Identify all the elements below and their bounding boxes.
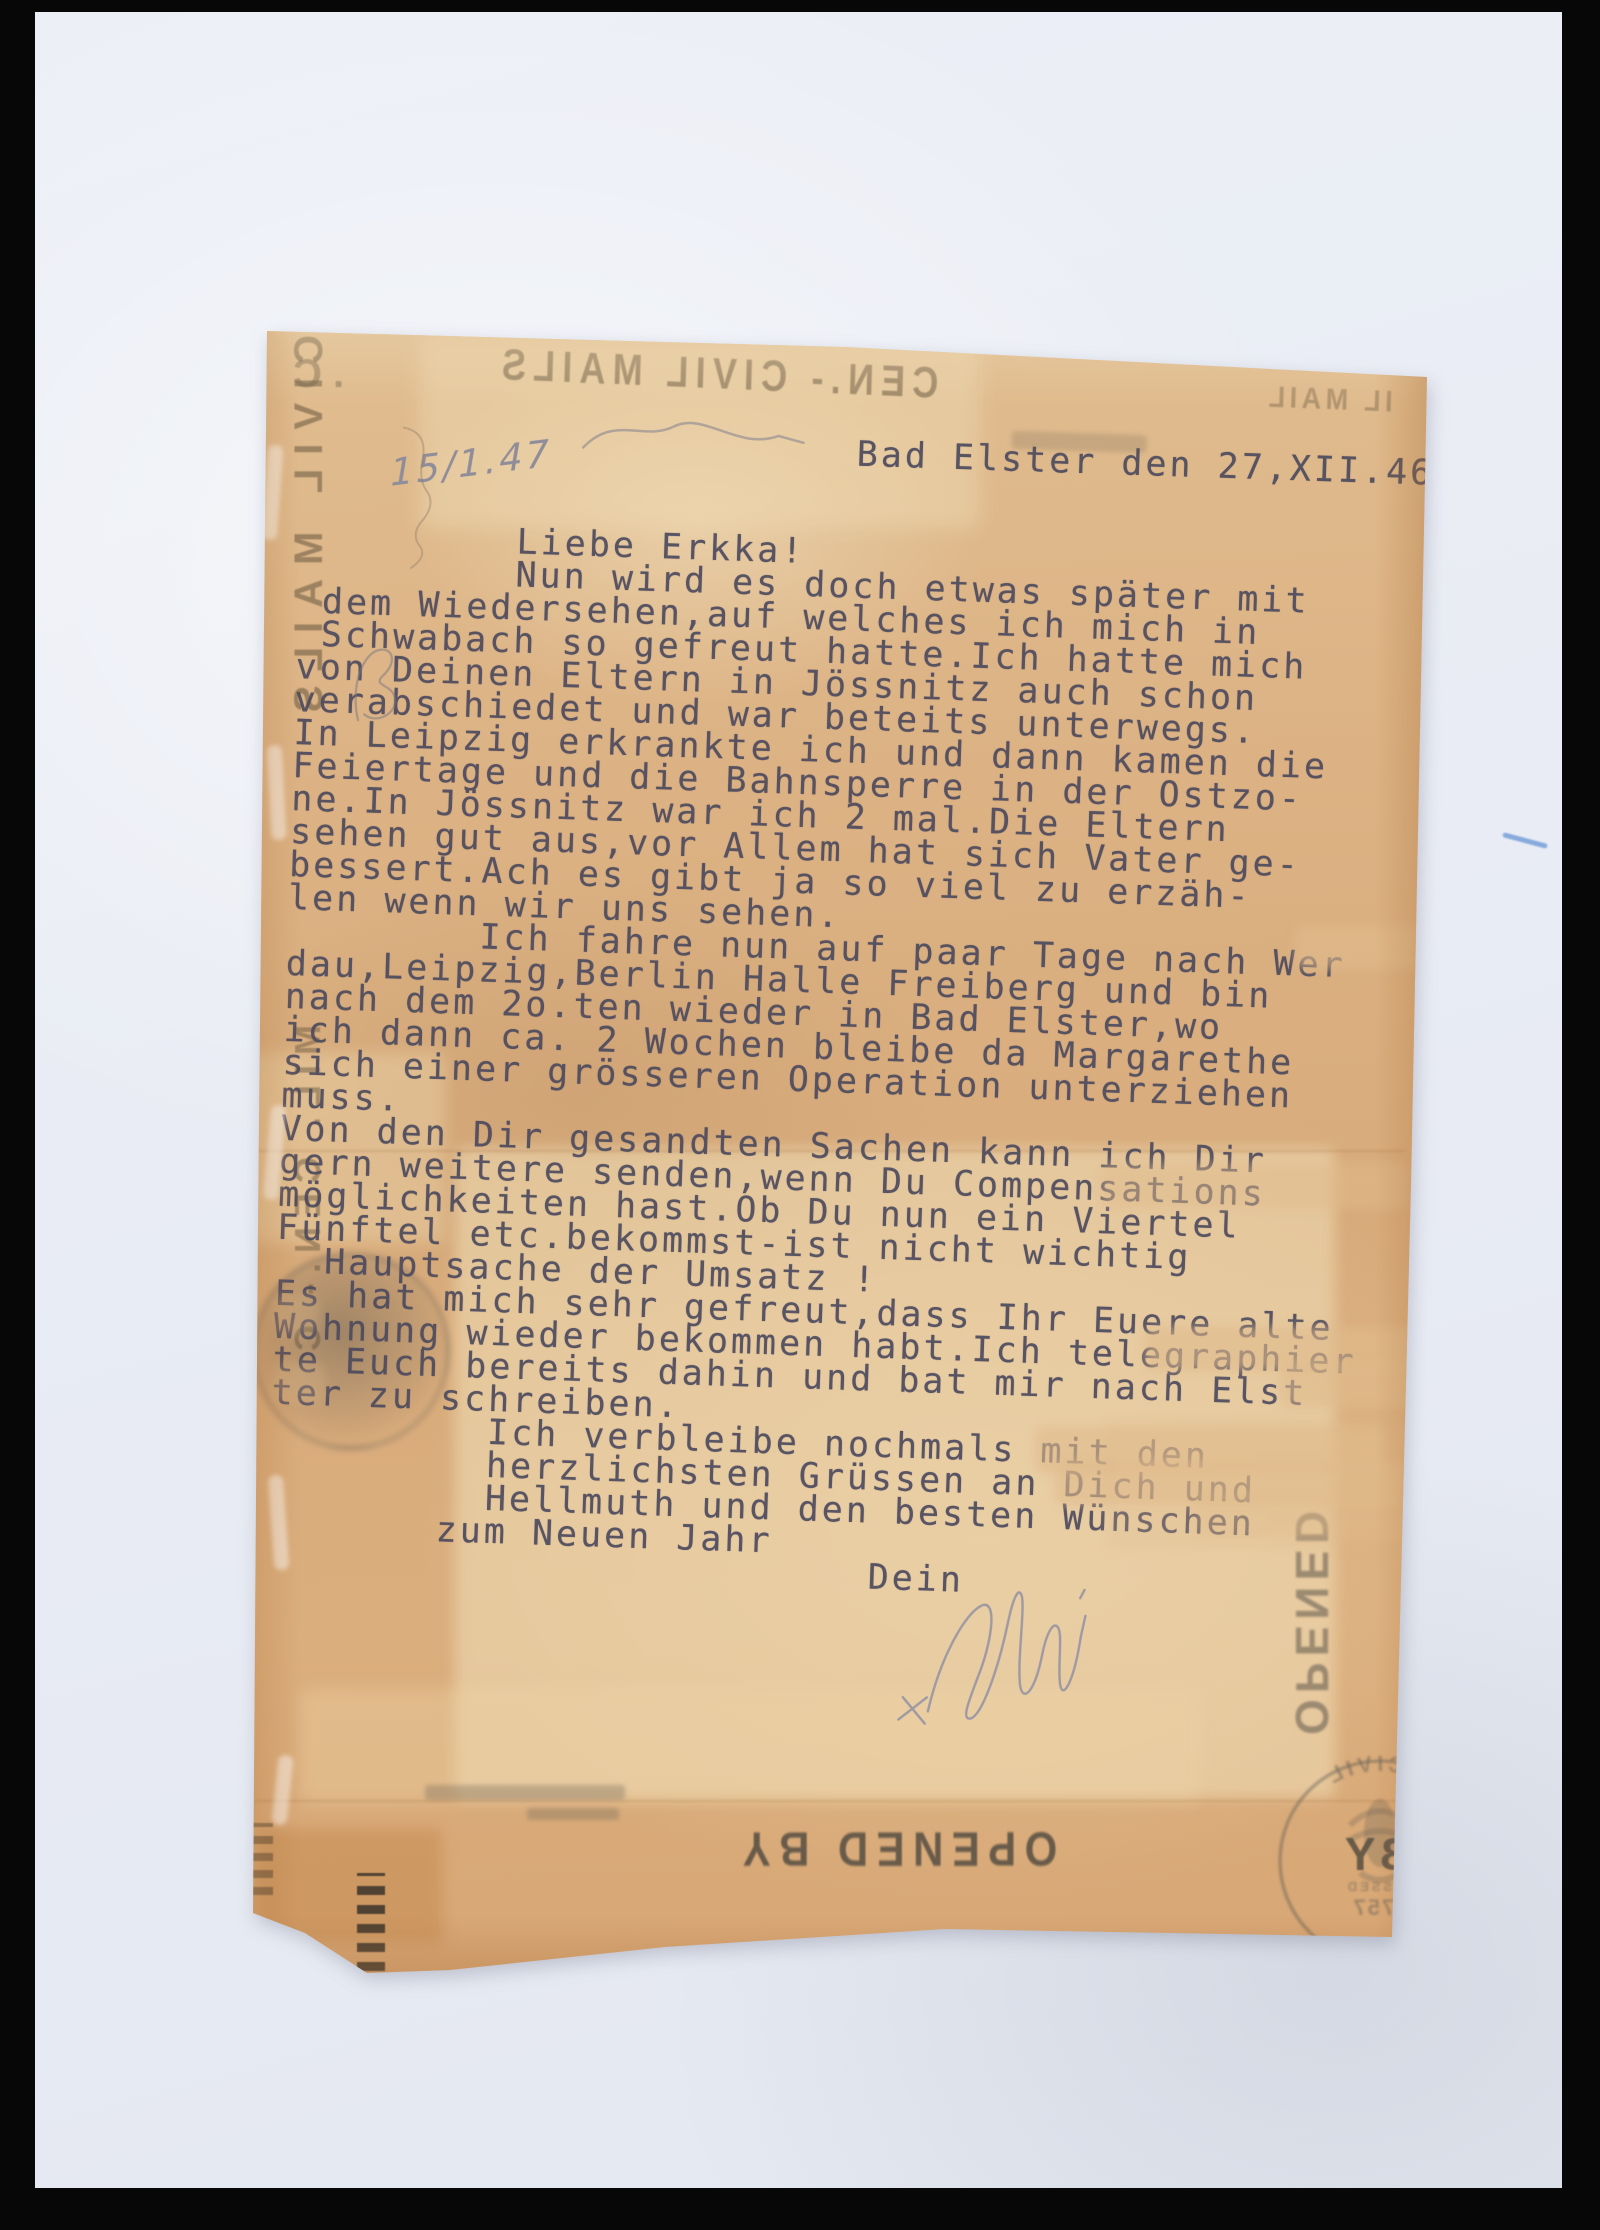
signature-flourish [897,1695,929,1725]
pencil-outline [359,420,454,573]
photo-backdrop: . C CEN.- CIVIL MAILS IL MAIL CIVIL MAIL… [35,12,1562,2188]
typed-text: Bad Elster den 27,XII.46 Liebe Erkka! Nu… [266,420,1435,1612]
signature-adi [868,1535,1132,1762]
bleedthrough-text-smudge [425,1785,625,1800]
blue-pen-mark [1502,832,1548,849]
letter-paper: . C CEN.- CIVIL MAILS IL MAIL CIVIL MAIL… [245,325,1435,1985]
bleedthrough-text-smudge-2 [527,1808,619,1820]
pencil-b-mark [340,640,413,732]
signature-i-dot [1080,1590,1086,1598]
scanned-photo-page: { "scene": { "frame_color": "#070707", "… [0,0,1600,2230]
letter-paper-wrap: . C CEN.- CIVIL MAILS IL MAIL CIVIL MAIL… [245,325,1435,1985]
ink-layer: Bad Elster den 27,XII.46 Liebe Erkka! Nu… [213,307,1457,2006]
pencil-squiggle [578,405,810,473]
